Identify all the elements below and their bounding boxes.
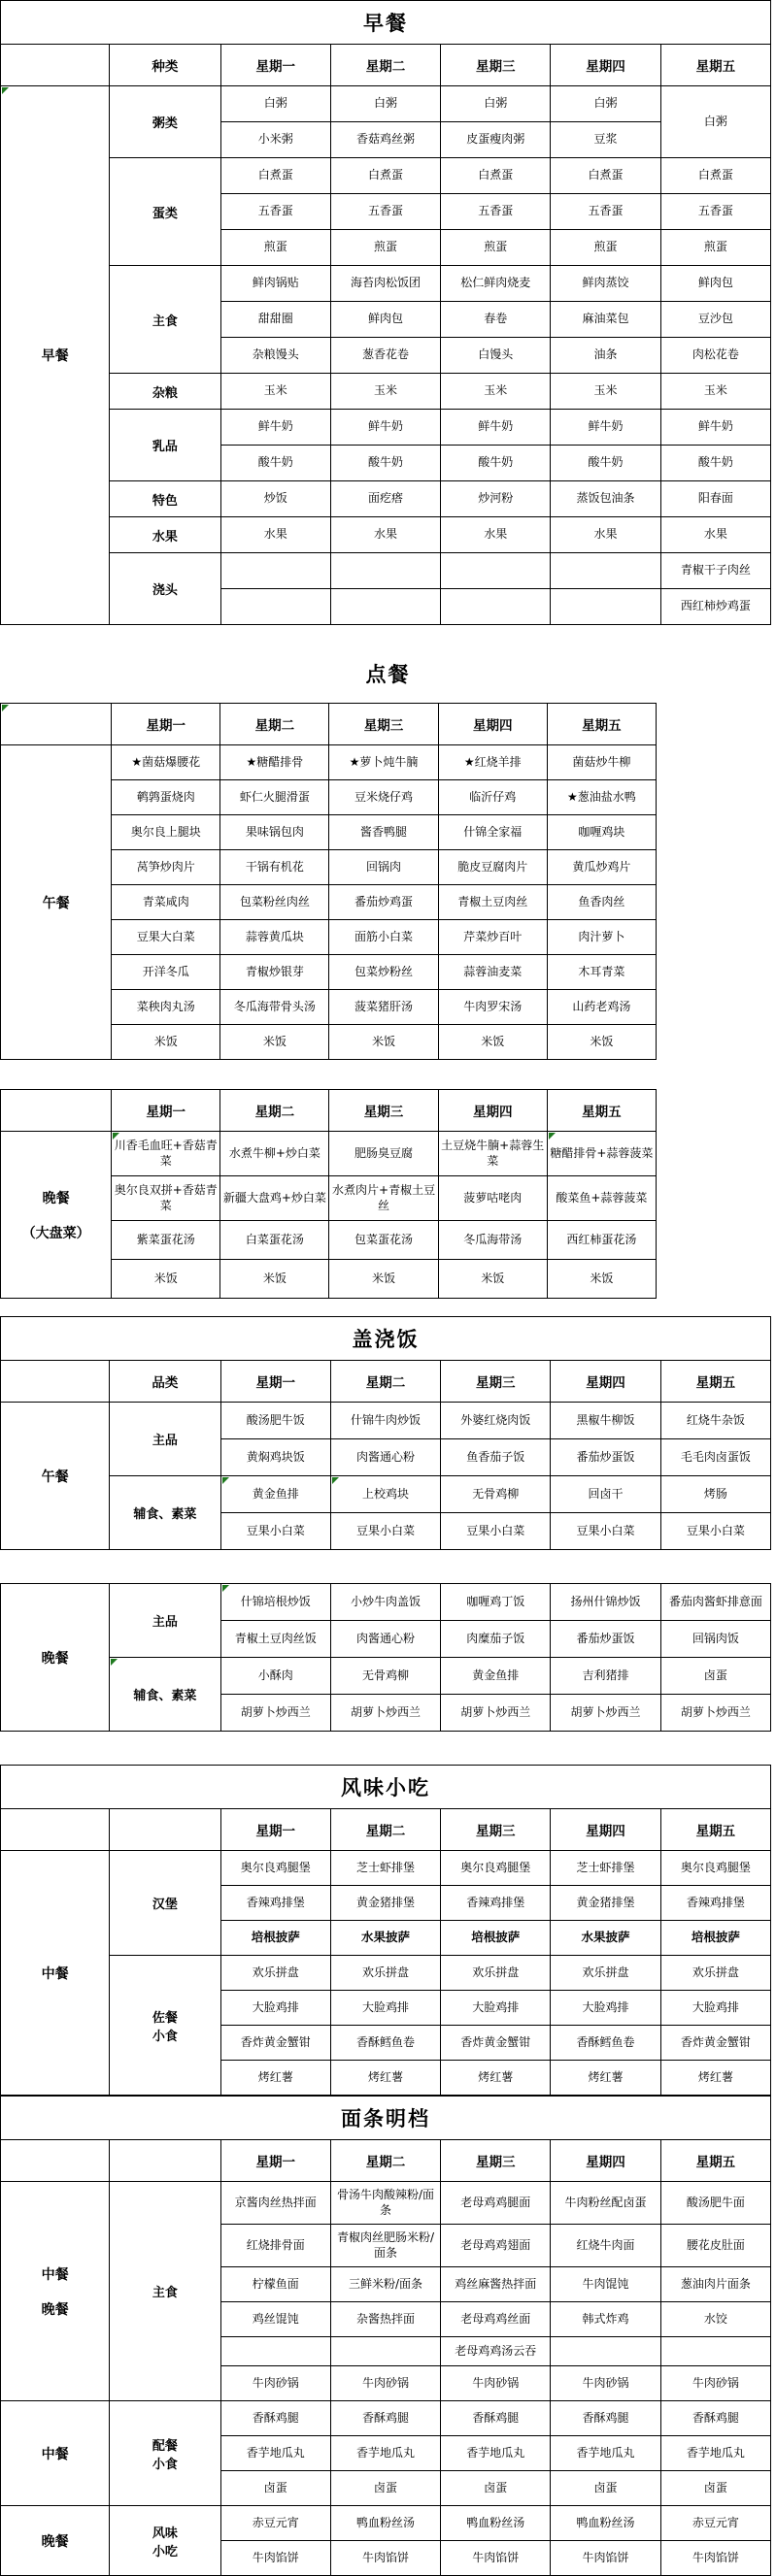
menu-section-dinner-large-plate: 星期一星期二星期三星期四星期五晚餐（大盘菜）川香毛血旺+香菇青菜水煮牛柳+炒白菜…: [0, 1089, 776, 1299]
menu-cell: 咖喱鸡块: [547, 815, 656, 850]
menu-cell: 黄焖鸡块饭: [220, 1439, 330, 1476]
menu-cell: 什锦全家福: [438, 815, 547, 850]
menu-cell: 牛肉馅饼: [660, 2541, 770, 2576]
menu-section-rice-topping-dinner: 晚餐主品什锦培根炒饭小炒牛肉盖饭咖喱鸡丁饭扬州什锦炒饭番茄肉酱虾排意面青椒土豆肉…: [0, 1583, 776, 1732]
weekly-menu-page: 早餐种类星期一星期二星期三星期四星期五早餐粥类白粥白粥白粥白粥白粥小米粥香菇鸡丝…: [0, 0, 776, 2576]
menu-cell: 牛肉砂锅: [441, 2366, 551, 2401]
label-line: 乳品: [152, 440, 178, 454]
menu-cell: 包菜粉丝肉丝: [220, 885, 329, 920]
menu-cell: 香辣鸡排堡: [441, 1886, 551, 1921]
menu-cell: 肉糜茄子饭: [441, 1621, 551, 1658]
label-line: 配餐: [152, 2439, 178, 2454]
menu-cell: 白馒头: [441, 338, 551, 374]
menu-cell: 卤蛋: [441, 2471, 551, 2506]
corner-cell: [1, 1809, 110, 1851]
menu-cell: 米饭: [547, 1025, 656, 1060]
menu-cell: 无骨鸡柳: [330, 1658, 440, 1695]
menu-cell: 鸭血粉丝汤: [551, 2506, 660, 2541]
label-line: 小食: [152, 2030, 178, 2044]
menu-cell: 面筋小白菜: [329, 920, 438, 955]
menu-cell: 皮蛋瘦肉粥: [441, 122, 551, 158]
menu-cell: 虾仁火腿滑蛋: [220, 780, 329, 815]
menu-cell: 骨汤牛肉酸辣粉/面条: [330, 2182, 440, 2225]
menu-cell: 香芋地瓜丸: [660, 2436, 770, 2471]
meal-label: 中餐晚餐: [1, 2182, 110, 2401]
menu-cell: 牛肉馅饼: [330, 2541, 440, 2576]
day-header: 星期二: [220, 1090, 329, 1132]
day-header: 星期五: [660, 1809, 770, 1851]
menu-cell: 扬州什锦炒饭: [551, 1584, 660, 1621]
day-header: 星期二: [330, 1809, 440, 1851]
menu-cell: 外婆红烧肉饭: [441, 1403, 551, 1439]
menu-cell: 大脸鸡排: [220, 1991, 330, 2026]
menu-cell: 鱼香肉丝: [547, 885, 656, 920]
menu-cell: 西红柿炒鸡蛋: [660, 589, 770, 625]
menu-cell: 欢乐拼盘: [220, 1956, 330, 1991]
menu-cell: 水煮肉片+青椒土豆丝: [329, 1176, 438, 1221]
menu-cell: 炒河粉: [441, 481, 551, 517]
menu-cell: 五香蛋: [220, 194, 330, 230]
menu-cell: [660, 2337, 770, 2366]
menu-cell: 白煮蛋: [441, 158, 551, 194]
menu-cell: 酸牛奶: [330, 446, 440, 481]
menu-cell: 菠萝咕咾肉: [438, 1176, 547, 1221]
menu-cell: 牛肉砂锅: [330, 2366, 440, 2401]
menu-cell: 烤红薯: [660, 2061, 770, 2096]
menu-cell: 水果: [441, 517, 551, 553]
menu-cell: 白粥: [441, 86, 551, 122]
menu-cell: [330, 2337, 440, 2366]
category-label: 风味小吃: [110, 2506, 220, 2576]
menu-section-breakfast: 早餐种类星期一星期二星期三星期四星期五早餐粥类白粥白粥白粥白粥白粥小米粥香菇鸡丝…: [0, 0, 776, 625]
menu-cell: [551, 589, 660, 625]
menu-cell: 葱油肉片面条: [660, 2267, 770, 2302]
menu-cell: 香炸黄金蟹钳: [660, 2026, 770, 2061]
menu-cell: 豆浆: [551, 122, 660, 158]
menu-table-breakfast: 种类星期一星期二星期三星期四星期五早餐粥类白粥白粥白粥白粥白粥小米粥香菇鸡丝粥皮…: [0, 44, 771, 625]
menu-cell: 无骨鸡柳: [441, 1476, 551, 1513]
menu-cell: 烤肠: [660, 1476, 770, 1513]
menu-cell: 水果: [660, 517, 770, 553]
corner-cell: [1, 45, 110, 86]
menu-cell: 五香蛋: [330, 194, 440, 230]
day-header: 星期一: [220, 1809, 330, 1851]
menu-cell: 奥尔良鸡腿堡: [441, 1851, 551, 1886]
label-line: 中餐: [42, 2447, 69, 2462]
menu-cell: 大脸鸡排: [660, 1991, 770, 2026]
menu-cell: 白粥: [551, 86, 660, 122]
menu-cell: 牛肉砂锅: [660, 2366, 770, 2401]
menu-cell: 牛肉罗宋汤: [438, 990, 547, 1025]
menu-cell: 老母鸡鸡翅面: [441, 2225, 551, 2267]
label-line: 杂粮: [152, 386, 178, 401]
menu-cell: 白粥: [330, 86, 440, 122]
menu-cell: 腰花皮肚面: [660, 2225, 770, 2267]
menu-cell: 鲜牛奶: [330, 410, 440, 446]
label-line: 主品: [152, 1615, 178, 1630]
menu-cell: 煎蛋: [330, 230, 440, 266]
menu-cell: 米饭: [112, 1025, 220, 1060]
menu-cell: [220, 589, 330, 625]
section-title-a-la-carte-lunch: 点餐: [0, 646, 776, 703]
menu-cell: 白菜蛋花汤: [220, 1221, 329, 1260]
menu-section-snacks: 风味小吃星期一星期二星期三星期四星期五中餐汉堡奥尔良鸡腿堡芝士虾排堡奥尔良鸡腿堡…: [0, 1765, 776, 2096]
category-label: 杂粮: [110, 374, 220, 410]
menu-cell: 米饭: [547, 1260, 656, 1299]
menu-cell: 芝士虾排堡: [551, 1851, 660, 1886]
label-line: 小吃: [152, 2545, 178, 2559]
corner-cell: [1, 2140, 110, 2182]
menu-cell: 油条: [551, 338, 660, 374]
menu-cell: 酸牛奶: [220, 446, 330, 481]
meal-label: 晚餐: [1, 2506, 110, 2576]
menu-cell: 菜秧肉丸汤: [112, 990, 220, 1025]
menu-cell: 米饭: [112, 1260, 220, 1299]
menu-cell: 新疆大盘鸡+炒白菜: [220, 1176, 329, 1221]
label-line: 中餐: [42, 1966, 69, 1982]
menu-cell: 阳春面: [660, 481, 770, 517]
menu-cell: 木耳青菜: [547, 955, 656, 990]
menu-section-a-la-carte-lunch: 点餐星期一星期二星期三星期四星期五午餐★菌菇爆腰花★糖醋排骨★萝卜炖牛腩★红烧羊…: [0, 646, 776, 1060]
category-label: 辅食、素菜: [110, 1476, 220, 1550]
menu-cell: [551, 553, 660, 589]
label-line: 早餐: [42, 348, 69, 364]
menu-cell: 白煮蛋: [551, 158, 660, 194]
menu-cell: 杂粮馒头: [220, 338, 330, 374]
category-label: 汉堡: [110, 1851, 220, 1956]
corner-cell: [1, 1361, 110, 1403]
day-header: 星期三: [441, 45, 551, 86]
menu-cell: [220, 2337, 330, 2366]
menu-cell: 奥尔良鸡腿堡: [660, 1851, 770, 1886]
meal-label: 早餐: [1, 86, 110, 625]
menu-cell: 老母鸡鸡腿面: [441, 2182, 551, 2225]
menu-cell: 肉汁萝卜: [547, 920, 656, 955]
menu-cell: 红烧牛肉面: [551, 2225, 660, 2267]
label-line: 风味: [152, 2526, 178, 2541]
menu-cell: 煎蛋: [660, 230, 770, 266]
label-line: 晚餐: [43, 1191, 70, 1206]
menu-cell: 麻油菜包: [551, 302, 660, 338]
menu-cell: 五香蛋: [441, 194, 551, 230]
menu-cell: 五香蛋: [660, 194, 770, 230]
menu-cell: 香芋地瓜丸: [441, 2436, 551, 2471]
menu-cell: 山药老鸡汤: [547, 990, 656, 1025]
label-line: 辅食、素菜: [133, 1689, 196, 1703]
menu-cell: 香芋地瓜丸: [220, 2436, 330, 2471]
menu-cell: [330, 553, 440, 589]
menu-cell: 大脸鸡排: [441, 1991, 551, 2026]
category-label: 主品: [110, 1584, 220, 1658]
label-line: 水果: [152, 530, 178, 545]
menu-cell: 卤蛋: [551, 2471, 660, 2506]
menu-cell: 卤蛋: [220, 2471, 330, 2506]
menu-table-snacks: 星期一星期二星期三星期四星期五中餐汉堡奥尔良鸡腿堡芝士虾排堡奥尔良鸡腿堡芝士虾排…: [0, 1808, 771, 2096]
day-header: 星期四: [551, 1361, 660, 1403]
meal-label: 晚餐: [1, 1584, 110, 1732]
day-header: 星期三: [441, 2140, 551, 2182]
menu-table-a-la-carte-lunch: 星期一星期二星期三星期四星期五午餐★菌菇爆腰花★糖醋排骨★萝卜炖牛腩★红烧羊排菌…: [0, 703, 657, 1060]
category-header: 品类: [110, 1361, 220, 1403]
menu-cell: 白煮蛋: [330, 158, 440, 194]
menu-cell: 玉米: [551, 374, 660, 410]
menu-cell: 鸡丝麻酱热拌面: [441, 2267, 551, 2302]
menu-table-rice-topping-lunch: 品类星期一星期二星期三星期四星期五午餐主品酸汤肥牛饭什锦牛肉炒饭外婆红烧肉饭黑椒…: [0, 1360, 771, 1550]
menu-cell: 香酥鸡腿: [220, 2401, 330, 2436]
category-label: 水果: [110, 517, 220, 553]
menu-cell: ★菌菇爆腰花: [112, 745, 220, 780]
day-header: 星期三: [441, 1361, 551, 1403]
menu-cell: 韩式炸鸡: [551, 2302, 660, 2337]
menu-cell: 水果: [220, 517, 330, 553]
menu-cell: 烤红薯: [551, 2061, 660, 2096]
menu-cell: 鸭血粉丝汤: [441, 2506, 551, 2541]
menu-cell: 毛毛肉卤蛋饭: [660, 1439, 770, 1476]
category-label: 佐餐小食: [110, 1956, 220, 2096]
menu-cell: ★葱油盐水鸭: [547, 780, 656, 815]
menu-cell: 鲜肉蒸饺: [551, 266, 660, 302]
menu-cell: 临沂仔鸡: [438, 780, 547, 815]
menu-cell: 奥尔良鸡腿堡: [220, 1851, 330, 1886]
menu-cell: 莴笋炒肉片: [112, 850, 220, 885]
menu-cell: 牛肉砂锅: [220, 2366, 330, 2401]
menu-cell: 葱香花卷: [330, 338, 440, 374]
meal-label: 晚餐（大盘菜）: [1, 1132, 112, 1299]
day-header: 星期三: [441, 1809, 551, 1851]
menu-table-dinner-large-plate: 星期一星期二星期三星期四星期五晚餐（大盘菜）川香毛血旺+香菇青菜水煮牛柳+炒白菜…: [0, 1089, 657, 1299]
label-line: 中餐: [42, 2267, 69, 2283]
menu-cell: 水果披萨: [551, 1921, 660, 1956]
menu-cell: 蒜蓉油麦菜: [438, 955, 547, 990]
menu-cell: 红烧排骨面: [220, 2225, 330, 2267]
menu-cell: 黄金猪排堡: [330, 1886, 440, 1921]
menu-cell: 胡萝卜炒西兰: [220, 1695, 330, 1732]
menu-cell: 什锦培根炒饭: [220, 1584, 330, 1621]
corner-cell: [1, 704, 112, 745]
menu-cell: 大脸鸡排: [330, 1991, 440, 2026]
menu-cell: 肉松花卷: [660, 338, 770, 374]
menu-cell: 胡萝卜炒西兰: [330, 1695, 440, 1732]
menu-cell: 小炒牛肉盖饭: [330, 1584, 440, 1621]
label-line: 主品: [152, 1434, 178, 1448]
menu-cell: 黑椒牛柳饭: [551, 1403, 660, 1439]
menu-cell: 吉利猪排: [551, 1658, 660, 1695]
menu-cell: 鸡丝馄饨: [220, 2302, 330, 2337]
menu-cell: 冬瓜海带汤: [438, 1221, 547, 1260]
menu-cell: 煎蛋: [551, 230, 660, 266]
day-header: 星期二: [220, 704, 329, 745]
menu-cell: 香芋地瓜丸: [551, 2436, 660, 2471]
menu-cell: 牛肉馅饼: [441, 2541, 551, 2576]
menu-cell: 香酥鸡腿: [551, 2401, 660, 2436]
menu-cell: 黄金鱼排: [220, 1476, 330, 1513]
category-label: 主食: [110, 266, 220, 374]
day-header: 星期一: [112, 1090, 220, 1132]
label-line: 晚餐: [42, 2534, 69, 2550]
menu-cell: 牛肉粉丝配卤蛋: [551, 2182, 660, 2225]
menu-cell: 牛肉砂锅: [551, 2366, 660, 2401]
menu-cell: 培根披萨: [441, 1921, 551, 1956]
menu-cell: 赤豆元宵: [660, 2506, 770, 2541]
menu-cell: 鸭血粉丝汤: [330, 2506, 440, 2541]
menu-cell: 杂酱热拌面: [330, 2302, 440, 2337]
menu-cell: 黄瓜炒鸡片: [547, 850, 656, 885]
menu-cell: 番茄炒蛋饭: [551, 1439, 660, 1476]
menu-cell: 开洋冬瓜: [112, 955, 220, 990]
menu-cell: 干锅有机花: [220, 850, 329, 885]
menu-cell: 小米粥: [220, 122, 330, 158]
menu-cell: 米饭: [220, 1260, 329, 1299]
label-line: 辅食、素菜: [133, 1507, 196, 1522]
menu-cell: 玉米: [660, 374, 770, 410]
menu-cell: 什锦牛肉炒饭: [330, 1403, 440, 1439]
menu-cell: 香辣鸡排堡: [660, 1886, 770, 1921]
menu-cell: 芝士虾排堡: [330, 1851, 440, 1886]
menu-cell: 米饭: [438, 1260, 547, 1299]
category-label: 粥类: [110, 86, 220, 158]
menu-cell: 青椒炒银芽: [220, 955, 329, 990]
menu-cell: 牛肉馅饼: [220, 2541, 330, 2576]
menu-cell: 春卷: [441, 302, 551, 338]
menu-cell: 米饭: [438, 1025, 547, 1060]
label-line: 主食: [152, 314, 178, 329]
menu-cell: 川香毛血旺+香菇青菜: [112, 1132, 220, 1176]
menu-cell: 香酥鳕鱼卷: [330, 2026, 440, 2061]
menu-cell: 豆米烧仔鸡: [329, 780, 438, 815]
menu-cell: 米饭: [329, 1260, 438, 1299]
label-line: 晚餐: [42, 2302, 69, 2318]
menu-cell: 卤蛋: [330, 2471, 440, 2506]
menu-cell: 牛肉馅饼: [551, 2541, 660, 2576]
category-header: [110, 1809, 220, 1851]
day-header: 星期二: [330, 1361, 440, 1403]
menu-cell: 牛肉馄饨: [551, 2267, 660, 2302]
meal-label: 中餐: [1, 2401, 110, 2506]
menu-cell: 松仁鲜肉烧麦: [441, 266, 551, 302]
category-label: 蛋类: [110, 158, 220, 266]
menu-cell: 面疙瘩: [330, 481, 440, 517]
category-label: 主食: [110, 2182, 220, 2401]
menu-cell: [551, 2337, 660, 2366]
menu-cell: 赤豆元宵: [220, 2506, 330, 2541]
menu-cell: 柠檬鱼面: [220, 2267, 330, 2302]
menu-cell: 白粥: [220, 86, 330, 122]
menu-cell: 欢乐拼盘: [441, 1956, 551, 1991]
menu-cell: 香酥鸡腿: [330, 2401, 440, 2436]
menu-cell: 肥肠臭豆腐: [329, 1132, 438, 1176]
menu-cell: 包菜炒粉丝: [329, 955, 438, 990]
menu-cell: 欢乐拼盘: [551, 1956, 660, 1991]
menu-cell: 回卤干: [551, 1476, 660, 1513]
menu-table-rice-topping-dinner: 晚餐主品什锦培根炒饭小炒牛肉盖饭咖喱鸡丁饭扬州什锦炒饭番茄肉酱虾排意面青椒土豆肉…: [0, 1583, 771, 1732]
label-line: 主食: [152, 2286, 178, 2300]
menu-cell: 冬瓜海带骨头汤: [220, 990, 329, 1025]
menu-cell: 青椒干子肉丝: [660, 553, 770, 589]
label-line: 蛋类: [152, 207, 178, 221]
menu-cell: 白煮蛋: [660, 158, 770, 194]
menu-cell: 京酱肉丝热拌面: [220, 2182, 330, 2225]
menu-cell: 包菜蛋花汤: [329, 1221, 438, 1260]
day-header: 星期四: [551, 45, 660, 86]
menu-cell: ★红烧羊排: [438, 745, 547, 780]
menu-cell: 香炸黄金蟹钳: [441, 2026, 551, 2061]
menu-cell: 水果披萨: [330, 1921, 440, 1956]
category-label: 浇头: [110, 553, 220, 625]
menu-cell: 五香蛋: [551, 194, 660, 230]
menu-cell: 肉酱通心粉: [330, 1439, 440, 1476]
menu-cell: 菠菜猪肝汤: [329, 990, 438, 1025]
label-line: 汉堡: [152, 1898, 178, 1912]
day-header: 星期二: [330, 45, 440, 86]
day-header: 星期四: [551, 1809, 660, 1851]
menu-cell: 白粥: [660, 86, 770, 158]
section-title-noodles: 面条明档: [0, 2096, 771, 2140]
menu-cell: 豆果小白菜: [330, 1513, 440, 1550]
meal-label: 午餐: [1, 1403, 110, 1550]
day-header: 星期一: [220, 1361, 330, 1403]
menu-cell: 青椒土豆肉丝饭: [220, 1621, 330, 1658]
menu-cell: 香酥鳕鱼卷: [551, 2026, 660, 2061]
menu-cell: 水煮牛柳+炒白菜: [220, 1132, 329, 1176]
label-line: 午餐: [43, 896, 70, 911]
menu-cell: 玉米: [220, 374, 330, 410]
menu-cell: 欢乐拼盘: [660, 1956, 770, 1991]
day-header: 星期一: [112, 704, 220, 745]
menu-cell: 紫菜蛋花汤: [112, 1221, 220, 1260]
menu-cell: 芹菜炒百叶: [438, 920, 547, 955]
menu-cell: 烤红薯: [441, 2061, 551, 2096]
menu-cell: 奥尔良上腿块: [112, 815, 220, 850]
menu-cell: 烤红薯: [220, 2061, 330, 2096]
section-title-snacks: 风味小吃: [0, 1765, 771, 1809]
menu-cell: 青椒肉丝肥肠米粉/面条: [330, 2225, 440, 2267]
label-line: 小食: [152, 2458, 178, 2472]
day-header: 星期五: [547, 704, 656, 745]
menu-section-rice-topping-lunch: 盖浇饭品类星期一星期二星期三星期四星期五午餐主品酸汤肥牛饭什锦牛肉炒饭外婆红烧肉…: [0, 1316, 776, 1550]
menu-cell: 鲜牛奶: [551, 410, 660, 446]
menu-cell: 老母鸡鸡丝面: [441, 2302, 551, 2337]
menu-cell: 米饭: [220, 1025, 329, 1060]
menu-cell: 酱香鸭腿: [329, 815, 438, 850]
label-line: 浇头: [152, 583, 178, 598]
day-header: 星期一: [220, 45, 330, 86]
menu-cell: 烤红薯: [330, 2061, 440, 2096]
menu-cell: 胡萝卜炒西兰: [551, 1695, 660, 1732]
menu-cell: 煎蛋: [441, 230, 551, 266]
label-line: （大盘菜）: [22, 1226, 90, 1241]
menu-cell: [330, 589, 440, 625]
menu-cell: 白煮蛋: [220, 158, 330, 194]
day-header: 星期四: [438, 1090, 547, 1132]
menu-cell: 酸菜鱼+蒜蓉菠菜: [547, 1176, 656, 1221]
menu-cell: 黄金猪排堡: [551, 1886, 660, 1921]
menu-cell: 大脸鸡排: [551, 1991, 660, 2026]
menu-cell: 煎蛋: [220, 230, 330, 266]
label-line: 晚餐: [42, 1651, 69, 1667]
category-label: 辅食、素菜: [110, 1658, 220, 1732]
menu-cell: 鲜牛奶: [441, 410, 551, 446]
meal-label: 中餐: [1, 1851, 110, 2096]
menu-cell: 咖喱鸡丁饭: [441, 1584, 551, 1621]
category-label: 配餐小食: [110, 2401, 220, 2506]
day-header: 星期五: [660, 45, 770, 86]
menu-cell: 胡萝卜炒西兰: [660, 1695, 770, 1732]
category-label: 乳品: [110, 410, 220, 481]
menu-cell: 豆沙包: [660, 302, 770, 338]
menu-cell: 番茄炒蛋饭: [551, 1621, 660, 1658]
category-header: 种类: [110, 45, 220, 86]
menu-cell: 鲜牛奶: [220, 410, 330, 446]
